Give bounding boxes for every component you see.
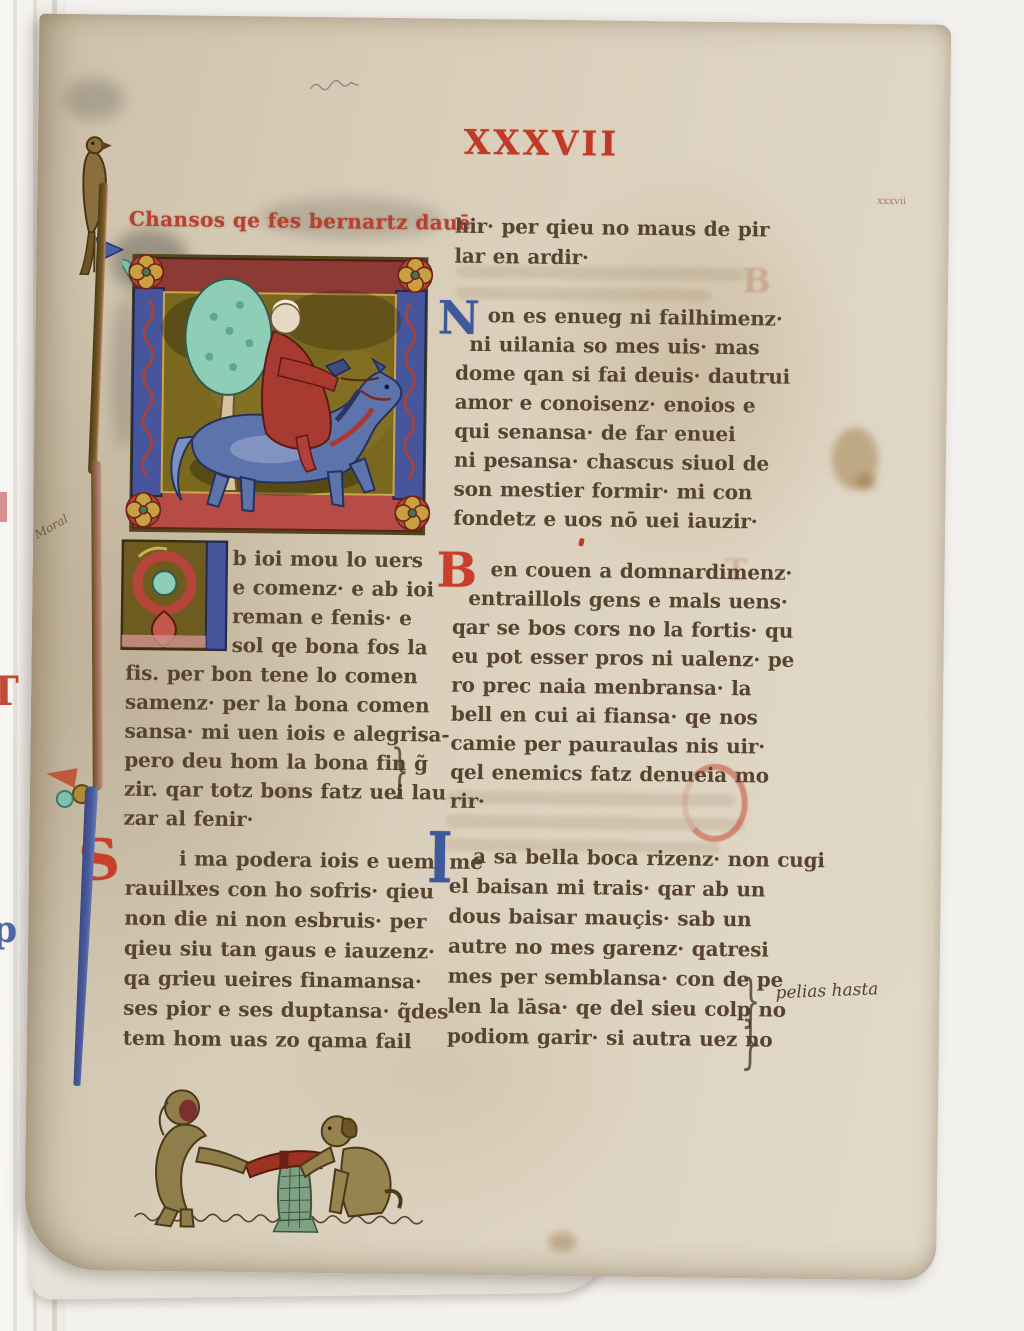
right-column-stanza-i: a sa bella boca rizenz· non cugi el bais… xyxy=(447,841,770,1055)
verse-line: e comenz· e ab ioi xyxy=(126,572,444,605)
verse-line: rir· xyxy=(450,787,766,820)
ape xyxy=(155,1090,248,1227)
bird-ornament xyxy=(60,132,128,285)
verse-line: non die ni non esbruis· per xyxy=(124,903,444,937)
verse-line: b ioi mou lo uers xyxy=(127,543,445,576)
border-bar-lower xyxy=(71,786,98,1086)
verse-line: dous baisar mauçis· sab un xyxy=(448,901,768,935)
verse-line: fis. per bon tene lo comen xyxy=(125,659,443,692)
ape-and-dog-drawing xyxy=(129,1067,431,1236)
miniature-frame xyxy=(119,238,439,548)
border-bar-middle xyxy=(91,460,103,790)
verse-line: samenz· per la bona comen xyxy=(125,688,443,721)
verse-line: mes per semblansa· con de pe xyxy=(447,961,767,995)
brown-stain xyxy=(856,474,876,490)
verse-line: tem hom uas zo qama fail xyxy=(123,1023,443,1057)
brown-stain xyxy=(548,1232,576,1252)
verse-line: qa grieu ueires finamansa· xyxy=(123,963,443,997)
right-column-stanza-b: en couen a domnardimenz· entraillols gen… xyxy=(450,555,769,820)
verse-line: eu pot esser pros ni ualenz· pe xyxy=(451,642,767,675)
border-teal-ball xyxy=(56,790,74,808)
folio-number: XXXVII xyxy=(464,123,620,165)
verse-line: autre no mes garenz· qatresi xyxy=(448,931,768,965)
gutter-blue-letter-fragment: p xyxy=(0,912,17,948)
verse-line: el baisan mi trais· qar ab un xyxy=(449,871,769,905)
right-column-stanza-n: on es enueg ni failhimenz· ni uilania so… xyxy=(453,301,768,537)
gutter-pink-sliver xyxy=(0,492,7,522)
verse-line: bell en cui ai fiansa· qe nos xyxy=(451,700,767,733)
dog xyxy=(300,1116,402,1217)
manuscript-page: B T XXXVII xxxvii Chansos qe fes bernart… xyxy=(24,14,951,1281)
right-column-carryover: hir· per qieu no maus de pir lar en ardi… xyxy=(454,211,767,275)
verse-line: reman e fenis· e xyxy=(126,601,444,634)
miniature-illustration xyxy=(119,238,439,548)
verse-line: lar en ardir· xyxy=(454,241,766,275)
verse-line: ni pesansa· chascus siuol de xyxy=(454,446,766,479)
left-column-stanza-s: i ma podera iois e uem· me rauillxes con… xyxy=(123,843,446,1057)
corner-folio-mark: xxxvii xyxy=(877,196,906,207)
bas-de-page-scene xyxy=(129,1067,431,1236)
verse-line: qui senansa· de far enuei xyxy=(454,417,766,450)
verse-line: qel enemics fatz denueia mo xyxy=(450,758,766,791)
ink-smudge xyxy=(64,78,125,121)
verse-line: a sa bella boca rizenz· non cugi xyxy=(449,841,769,875)
marginal-scribble xyxy=(308,79,360,96)
verse-line: en couen a domnardimenz· xyxy=(452,555,768,588)
verse-line: podiom garir· si autra uez no xyxy=(447,1021,767,1055)
left-margin-note: Moral xyxy=(32,512,70,542)
verse-line: ni uilania so mes uis· mas xyxy=(455,330,767,363)
verse-line: ro prec naia menbransa· la xyxy=(451,671,767,704)
verse-line: rauillxes con ho sofris· qieu xyxy=(125,873,445,907)
verse-line: hir· per qieu no maus de pir xyxy=(455,211,767,245)
verse-line: zar al fenir· xyxy=(123,804,441,837)
right-margin-note: pelias hasta xyxy=(775,979,879,1003)
verse-line: len la lāsa· qe del sieu colp no xyxy=(447,991,767,1025)
verse-line: sol qe bona fos la xyxy=(126,630,444,663)
verse-line: ses pior e ses duptansa· q̃des xyxy=(123,993,443,1027)
verse-line: amor e conoisenz· enoios e xyxy=(455,388,767,421)
verse-line: qieu siu tan gaus e iauzenz· xyxy=(124,933,444,967)
line-filler-brace: } xyxy=(390,738,410,805)
line-filler-brace: } xyxy=(740,1010,760,1077)
verse-line: son mestier formir· mi con xyxy=(453,475,765,508)
verse-line: qar se bos cors no la fortis· qu xyxy=(452,613,768,646)
verse-line: i ma podera iois e uem· me xyxy=(125,843,445,877)
verse-line: on es enueg ni failhimenz· xyxy=(456,301,768,334)
verse-line: dome qan si fai deuis· dautrui xyxy=(455,359,767,392)
verse-line: entraillols gens e mals uens· xyxy=(452,584,768,617)
manuscript-scan: { "scan": { "backdrop_color": "#f3f1ee",… xyxy=(0,0,1024,1331)
verse-line: fondetz e uos nō uei iauzir· xyxy=(453,504,765,537)
rubric-title: Chansos qe fes bernartz dauē xyxy=(129,207,472,235)
red-correction-mark xyxy=(578,538,585,547)
verse-line: camie per pauraulas nis uir· xyxy=(450,729,766,762)
border-beak-ornament xyxy=(45,764,78,788)
show-through-line xyxy=(456,287,711,302)
gutter-red-letter-fragment: T xyxy=(0,672,19,712)
